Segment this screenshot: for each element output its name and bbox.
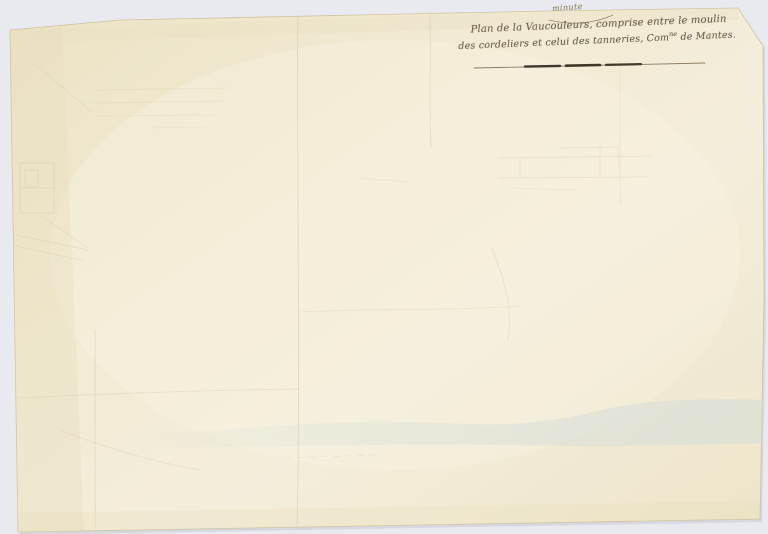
scanned-document: minute Plan de la Vaucouleurs, comprise …: [0, 0, 768, 534]
plan-title-line2-end: de Mantes.: [677, 29, 736, 42]
paper-artwork: [0, 0, 768, 534]
